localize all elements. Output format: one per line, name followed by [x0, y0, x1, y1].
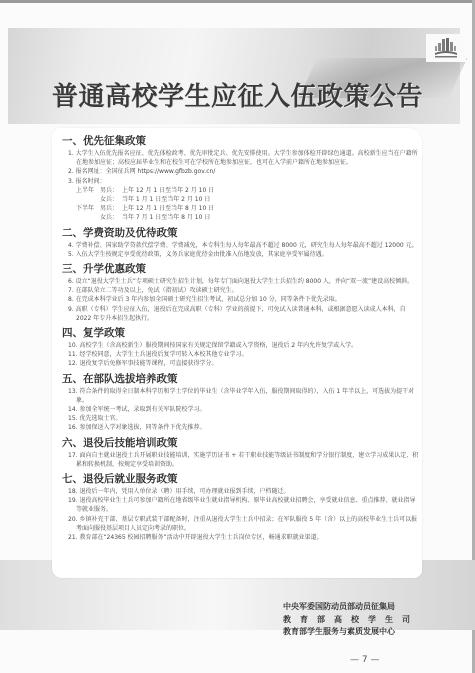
policy-item: 15. 优先选取士官。 — [66, 414, 421, 423]
policy-item: 10. 高校学生（含高校新生）服役期间按国家有关规定保留学籍或入学资格，退役后 … — [66, 341, 421, 350]
page-title: 普通高校学生应征入伍政策公告 — [0, 76, 475, 113]
policy-item: 20. 乡镇补充干部、基层专职武装干部配备时，注重从退役大学生士兵中招录；在军队… — [66, 515, 421, 533]
schedule-half — [66, 213, 100, 222]
policy-item: 4. 学费补偿、国家助学贷款代偿学费、学费减免，本专科生每人每年最高不超过 80… — [66, 241, 421, 250]
policy-item: 7. 在部队荣立二等功及以上，免试（指初试）攻读硕士研究生。 — [66, 286, 421, 295]
issuer: 教育部学生服务与素质发展中心 — [283, 626, 423, 639]
schedule-period: 上年 12 月 1 日至当年 8 月 10 日 — [122, 204, 214, 213]
policy-item: 2. 报名网址：全国征兵网 https://www.gfbzb.gov.cn/ — [66, 167, 421, 176]
schedule-half: 下半年 — [66, 204, 100, 213]
page-edge — [0, 0, 475, 3]
schedule-gender: 男兵： — [100, 186, 122, 195]
policy-item: 9. 高职（专科）学生应征入伍，退役后在完成高职（专科）学业的前提下，可免试入读… — [66, 305, 421, 323]
registration-schedule: 上半年 男兵： 上年 12 月 1 日至当年 2 月 10 日 女兵： 当年 1… — [66, 186, 421, 223]
schedule-row: 下半年 男兵： 上年 12 月 1 日至当年 8 月 10 日 — [66, 204, 421, 213]
page-number: — 7 — — [350, 655, 379, 665]
issuer: 中央军委国防动员部动员征集局 — [283, 601, 423, 614]
policy-content: 一、优先征集政策 1. 大学生入伍优先报名应征、优先体检政考、优先审批定兵、优先… — [66, 131, 421, 542]
schedule-gender: 女兵： — [100, 213, 122, 222]
schedule-period: 当年 1 月 1 日至当年 2 月 10 日 — [122, 195, 210, 204]
policy-item: 21. 教育部在“24365 校园招聘服务”活动中开辟退役大学生士兵岗位专区，畅… — [66, 533, 421, 542]
policy-item: 18. 退役后一年内，凭用人单位录（聘）用手续，可办理就业报到手续，户档随迁。 — [66, 487, 421, 496]
policy-item: 8. 在完成本科学业后 3 年内参加全国硕士研究生招生考试，初试总分加 10 分… — [66, 295, 421, 304]
schedule-period: 上年 12 月 1 日至当年 2 月 10 日 — [122, 186, 214, 195]
policy-item: 13. 符合条件的取得全日制本科学历和学士学位的毕业生（含毕业学年入伍，服役期间… — [66, 387, 421, 405]
section-title: 三、升学优惠政策 — [62, 262, 421, 276]
section-title: 七、退役后就业服务政策 — [62, 472, 421, 486]
building-emblem-icon — [426, 34, 466, 62]
policy-item: 17. 面向自主就业退役士兵开展职业技能培训，实施学历证书 + 若干职业技能等级… — [66, 451, 421, 469]
schedule-gender: 男兵： — [100, 204, 122, 213]
schedule-half: 上半年 — [66, 186, 100, 195]
section-title: 五、在部队选拔培养政策 — [62, 372, 421, 386]
schedule-gender: 女兵： — [100, 195, 122, 204]
schedule-row: 女兵： 当年 7 月 1 日至当年 8 月 10 日 — [66, 213, 421, 222]
section-title: 六、退役后技能培训政策 — [62, 436, 421, 450]
policy-item: 6. 设立“退役大学生士兵”专项硕士研究生招生计划，每年专门面向退役大学生士兵招… — [66, 277, 421, 286]
section-title: 一、优先征集政策 — [62, 134, 421, 148]
schedule-row: 女兵： 当年 1 月 1 日至当年 2 月 10 日 — [66, 195, 421, 204]
schedule-period: 当年 7 月 1 日至当年 8 月 10 日 — [122, 213, 210, 222]
policy-item: 16. 参加保送入学对象选拔，同等条件下优先推荐。 — [66, 423, 421, 432]
schedule-row: 上半年 男兵： 上年 12 月 1 日至当年 2 月 10 日 — [66, 186, 421, 195]
policy-item: 11. 经学校同意，大学生士兵退役后复学可转入本校其他专业学习。 — [66, 350, 421, 359]
policy-item: 5. 入伍大学生按规定享受优待政策，义务兵家庭优待金由批准入伍地发放，其家庭享受… — [66, 250, 421, 259]
section-title: 二、学费资助及优待政策 — [62, 226, 421, 240]
issuer: 教育部高校学生司 — [283, 614, 423, 627]
policy-item: 19. 退役高校毕业生士兵可参加户籍所在地省级毕业生就业指导机构、原毕业高校就业… — [66, 496, 421, 514]
policy-item: 14. 参加全军统一考试，录取到有关军队院校学习。 — [66, 405, 421, 414]
policy-item: 1. 大学生入伍优先报名应征、优先体检政考、优先审批定兵、优先安排使用。大学生参… — [66, 149, 421, 167]
policy-item: 12. 退役复学后免修军事技能等课程，可直接获得学分。 — [66, 359, 421, 368]
section-title: 四、复学政策 — [62, 326, 421, 340]
schedule-half — [66, 195, 100, 204]
issuing-authorities: 中央军委国防动员部动员征集局 教育部高校学生司 教育部学生服务与素质发展中心 — [283, 601, 423, 639]
policy-item: 3. 报名时间： — [66, 177, 421, 186]
